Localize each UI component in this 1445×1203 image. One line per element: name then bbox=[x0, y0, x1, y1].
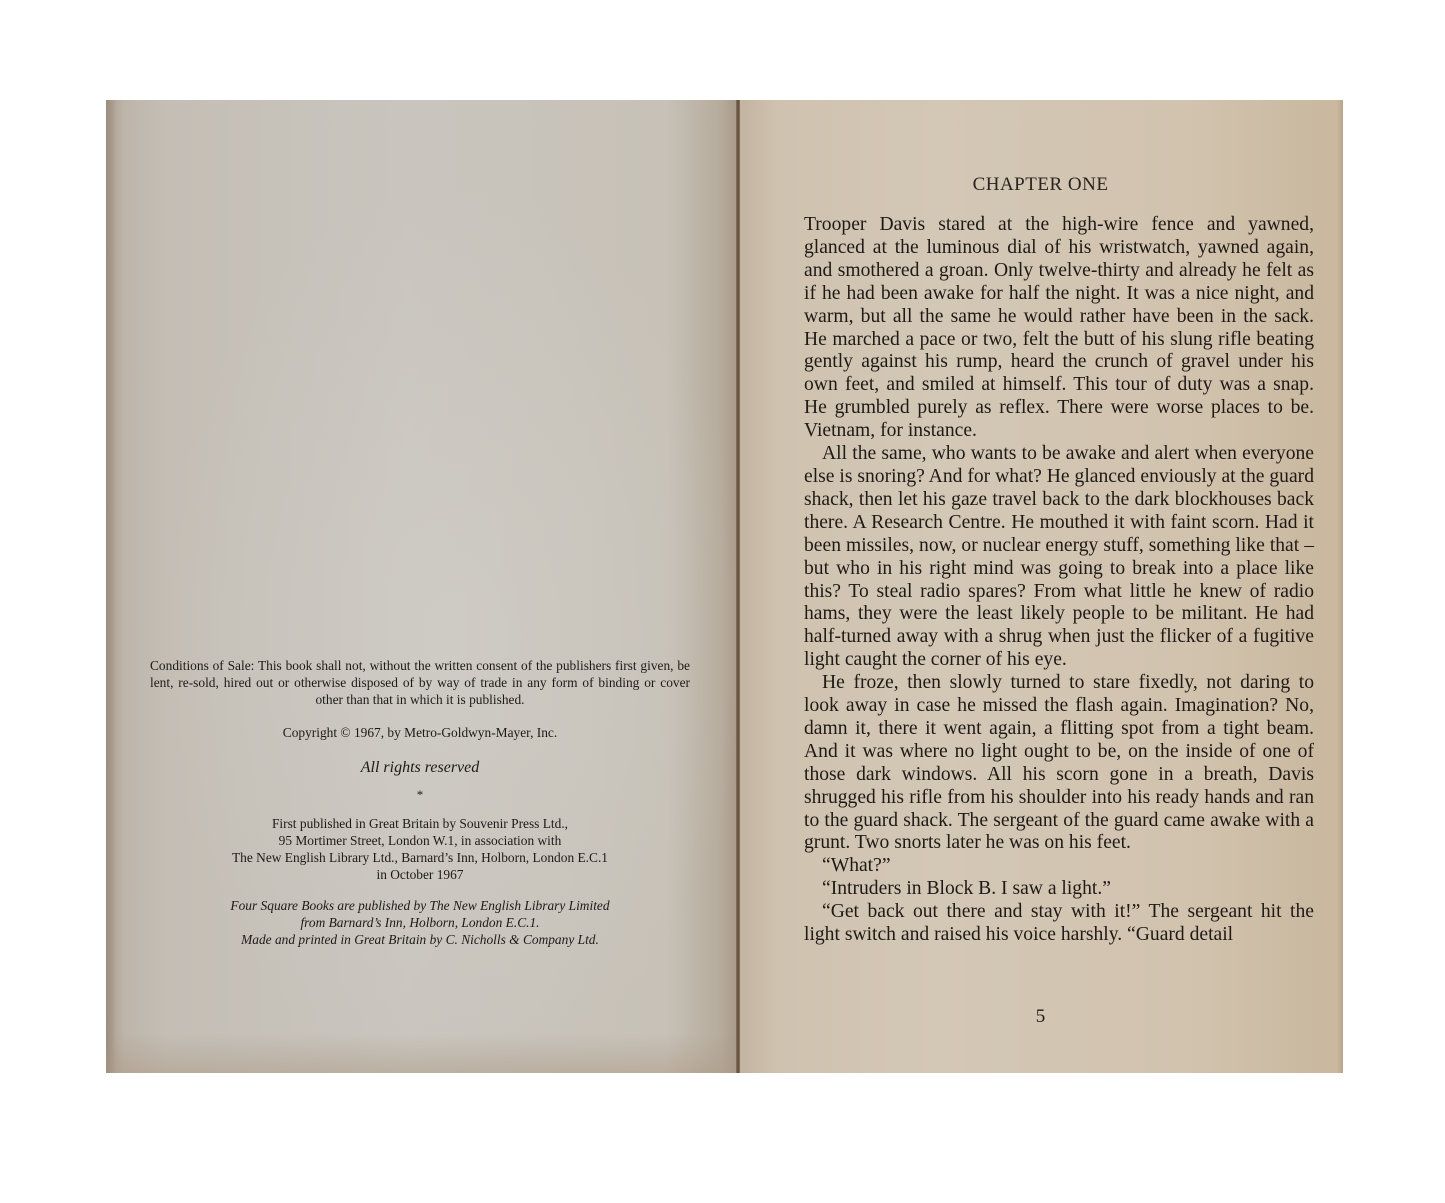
first-published-line: First published in Great Britain by Souv… bbox=[150, 815, 690, 832]
chapter-title: CHAPTER ONE bbox=[738, 174, 1343, 196]
first-published-line: The New English Library Ltd., Barnard’s … bbox=[150, 849, 690, 866]
conditions-of-sale: Conditions of Sale: This book shall not,… bbox=[150, 657, 690, 708]
book-gutter bbox=[736, 100, 740, 1073]
imprint-line: from Barnard’s Inn, Holborn, London E.C.… bbox=[150, 914, 690, 931]
imprint-line: Four Square Books are published by The N… bbox=[150, 897, 690, 914]
copyright-block: Conditions of Sale: This book shall not,… bbox=[150, 657, 690, 948]
first-published-line: in October 1967 bbox=[150, 866, 690, 883]
first-published-line: 95 Mortimer Street, London W.1, in assoc… bbox=[150, 832, 690, 849]
dialogue-line: “What?” bbox=[804, 855, 1314, 878]
all-rights-reserved: All rights reserved bbox=[150, 759, 690, 776]
imprint-line: Made and printed in Great Britain by C. … bbox=[150, 931, 690, 948]
publisher-imprint: Four Square Books are published by The N… bbox=[150, 897, 690, 948]
first-published-statement: First published in Great Britain by Souv… bbox=[150, 815, 690, 883]
dialogue-line: “Intruders in Block B. I saw a light.” bbox=[804, 878, 1314, 901]
copyright-notice: Copyright © 1967, by Metro-Goldwyn-Mayer… bbox=[150, 724, 690, 741]
paragraph: Trooper Davis stared at the high-wire fe… bbox=[804, 214, 1314, 443]
right-page-chapter: CHAPTER ONE Trooper Davis stared at the … bbox=[738, 100, 1343, 1073]
paragraph: He froze, then slowly turned to stare fi… bbox=[804, 672, 1314, 855]
dialogue-line: “Get back out there and stay with it!” T… bbox=[804, 901, 1314, 947]
chapter-body: Trooper Davis stared at the high-wire fe… bbox=[804, 214, 1314, 947]
page-number: 5 bbox=[738, 1006, 1343, 1028]
book-spread: Conditions of Sale: This book shall not,… bbox=[106, 100, 1343, 1073]
asterisk-separator: * bbox=[150, 786, 690, 803]
paragraph: All the same, who wants to be awake and … bbox=[804, 443, 1314, 672]
left-page-copyright: Conditions of Sale: This book shall not,… bbox=[106, 100, 738, 1073]
